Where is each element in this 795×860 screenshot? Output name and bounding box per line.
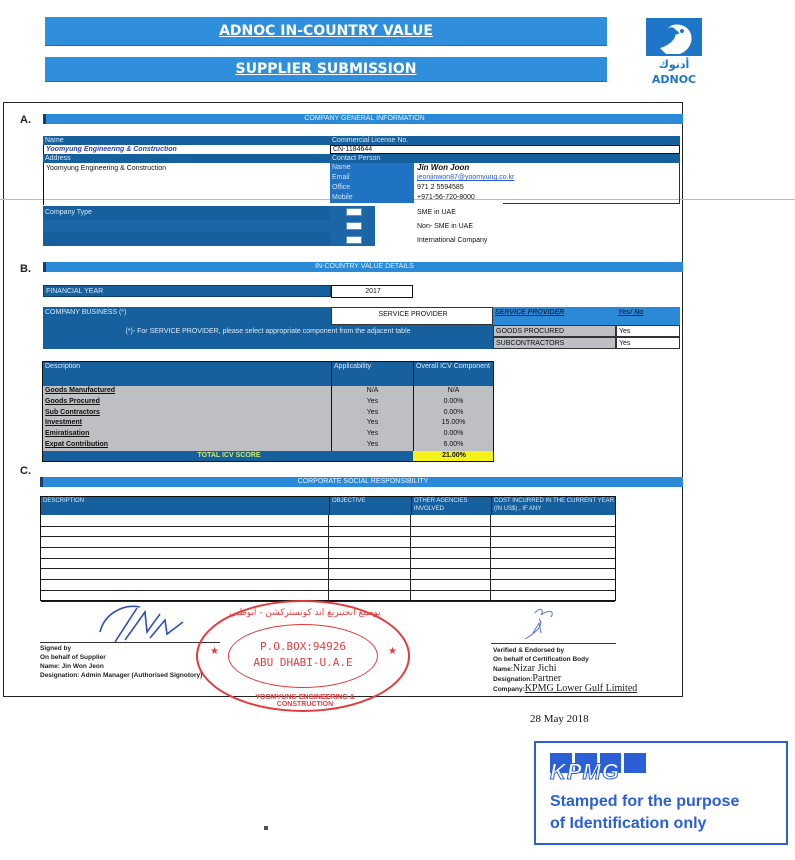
csr-cell-description[interactable] (41, 536, 329, 547)
stamp-star-right-icon: ★ (388, 646, 397, 657)
csr-cell-description[interactable] (41, 515, 329, 526)
service-provider-note: (*)- For SERVICE PROVIDER, please select… (43, 325, 493, 349)
csr-cell-objective[interactable] (329, 579, 411, 590)
certifier-name-label: Name: (493, 666, 513, 673)
csr-cell-cost[interactable] (491, 515, 615, 526)
icv-row-description: Goods Manufactured (43, 386, 331, 397)
supplier-line-2: On behalf of Supplier (40, 653, 202, 662)
contact-mobile-label: Mobile (330, 193, 414, 203)
csr-cell-objective[interactable] (329, 558, 411, 569)
csr-header-description: DESCRIPTION (41, 497, 329, 515)
icv-row-description: Expat Contribution (43, 440, 331, 451)
section-b-title: IN-COUNTRY VALUE DETAILS (43, 262, 683, 272)
title-banner: ADNOC IN-COUNTRY VALUE (45, 17, 607, 45)
csr-cell-objective[interactable] (329, 569, 411, 580)
supplier-signed-by: Signed by On behalf of Supplier Name: Ji… (40, 644, 202, 680)
icv-row-description: Emiratisation (43, 429, 331, 440)
kpmg-stamp-line-2: of Identification only (550, 815, 706, 833)
csr-cell-objective[interactable] (329, 526, 411, 537)
icv-row-applicability[interactable]: Yes (331, 418, 413, 429)
supplier-signature-line (40, 642, 220, 643)
csr-header-objective: OBJECTIVE (329, 497, 411, 515)
csr-cell-agencies[interactable] (411, 536, 491, 547)
csr-cell-description[interactable] (41, 579, 329, 590)
icv-header-component: Overall ICV Component (413, 362, 493, 386)
adnoc-logo: أدنوك ADNOC (646, 18, 702, 88)
icv-total-value: 21.00% (413, 451, 493, 461)
contact-name-label: Name (330, 163, 414, 173)
license-label: Commercial License No. (330, 136, 680, 145)
icv-row-component: 0.00% (413, 408, 493, 419)
csr-header-cost: COST INCURRED IN THE CURRENT YEAR (IN US… (491, 497, 615, 515)
csr-cell-objective[interactable] (329, 590, 411, 601)
company-info-block: Name Commercial License No. Yoomyung Eng… (43, 136, 680, 249)
section-a-letter: A. (20, 114, 31, 126)
stamp-arabic-text: يومينغ انجنيرنغ اند كونستركشن - ابوظبي (228, 608, 382, 618)
csr-cell-agencies[interactable] (411, 590, 491, 601)
csr-cell-cost[interactable] (491, 526, 615, 537)
license-value[interactable]: CN-1184644 (330, 145, 680, 154)
section-a-title: COMPANY GENERAL INFORMATION (43, 114, 683, 124)
csr-cell-description[interactable] (41, 526, 329, 537)
supplier-designation: Designation: Admin Manager (Authorised S… (40, 671, 202, 680)
csr-cell-objective[interactable] (329, 536, 411, 547)
csr-cell-agencies[interactable] (411, 547, 491, 558)
csr-cell-objective[interactable] (329, 547, 411, 558)
adnoc-falcon-logo-icon (646, 18, 702, 56)
address-label: Address (43, 154, 330, 163)
csr-cell-cost[interactable] (491, 579, 615, 590)
section-c-letter: C. (20, 465, 31, 477)
icv-header-applicability: Applicability (331, 362, 413, 386)
icv-row-component: 15.00% (413, 418, 493, 429)
checkbox-sme-uae[interactable] (346, 208, 362, 216)
company-type-label: Company Type (43, 206, 330, 246)
financial-year-label: FINANCIAL YEAR (43, 285, 331, 297)
csr-cell-cost[interactable] (491, 569, 615, 580)
csr-cell-cost[interactable] (491, 547, 615, 558)
csr-cell-cost[interactable] (491, 558, 615, 569)
checkbox-international[interactable] (346, 236, 362, 244)
icv-row-applicability[interactable]: Yes (331, 440, 413, 451)
financial-year-value[interactable]: 2017 (331, 285, 413, 298)
kpmg-identification-stamp: KPMG Stamped for the purpose of Identifi… (534, 741, 788, 845)
certifier-signature-line (491, 643, 616, 644)
contact-mobile-value[interactable]: +971-56-720-8000 (415, 193, 680, 203)
csr-cell-agencies[interactable] (411, 515, 491, 526)
icv-row-description: Investment (43, 418, 331, 429)
csr-cell-agencies[interactable] (411, 579, 491, 590)
icv-row-applicability[interactable]: Yes (331, 429, 413, 440)
supplier-line-1: Signed by (40, 644, 202, 653)
address-value[interactable]: Yoomyung Engineering & Construction (43, 163, 330, 205)
icv-header-description: Description (43, 362, 331, 386)
company-type-non-sme: Non- SME in UAE (415, 222, 473, 232)
yes-no-header: Yes/ No (616, 307, 680, 325)
service-value-subcontractors[interactable]: Yes (616, 337, 680, 349)
contact-name-value[interactable]: Jin Won Joon (415, 163, 680, 173)
icv-row-description: Goods Procured (43, 397, 331, 408)
company-stamp: يومينغ انجنيرنغ اند كونستركشن - ابوظبي P… (196, 600, 410, 712)
kpmg-stamp-line-1: Stamped for the purpose (550, 793, 739, 811)
stamp-star-left-icon: ★ (210, 646, 219, 657)
contact-office-value[interactable]: 971 2 5594585 (415, 183, 680, 193)
name-label: Name (43, 136, 330, 145)
service-provider-header: SERVICE PROVIDER (493, 307, 616, 325)
certifier-company-label: Company: (493, 686, 525, 693)
contact-person-label: Contact Person (330, 154, 680, 163)
csr-cell-description[interactable] (41, 590, 329, 601)
contact-office-label: Office (330, 183, 414, 193)
service-value-goods[interactable]: Yes (616, 325, 680, 337)
csr-cell-description[interactable] (41, 547, 329, 558)
certifier-signature-icon (505, 603, 565, 643)
adnoc-logo-text: ADNOC (646, 73, 702, 86)
certifier-name: Name:Nizar Jichi (493, 664, 663, 674)
icv-table: Description Applicability Overall ICV Co… (42, 361, 494, 462)
icv-row-description: Sub Contractors (43, 408, 331, 419)
company-business-label: COMPANY BUSINESS (*) (43, 307, 331, 325)
icv-row-applicability[interactable]: Yes (331, 397, 413, 408)
icv-row-applicability[interactable]: Yes (331, 408, 413, 419)
service-component-goods: GOODS PROCURED (493, 325, 616, 337)
scan-speck (264, 826, 268, 830)
icv-row-component: 6.00% (413, 440, 493, 451)
company-type-sme: SME in UAE (415, 208, 456, 218)
supplier-name: Name: Jin Won Jeon (40, 662, 202, 671)
csr-table: DESCRIPTION OBJECTIVE OTHER AGENCIES INV… (40, 496, 616, 601)
service-provider-table: SERVICE PROVIDER Yes/ No GOODS PROCURED … (493, 307, 680, 351)
stamp-pobox: P.O.BOX:94926 (198, 640, 408, 653)
certifier-block: Verified & Endorsed by On behalf of Cert… (493, 646, 663, 694)
csr-cell-objective[interactable] (329, 515, 411, 526)
stamp-date: 28 May 2018 (530, 713, 589, 725)
section-c-title: CORPORATE SOCIAL RESPONSIBILITY (40, 477, 683, 487)
section-b-letter: B. (20, 263, 31, 275)
company-type-international: International Company (415, 236, 487, 246)
contact-email-label: Email (330, 173, 414, 183)
certifier-line-1: Verified & Endorsed by (493, 646, 663, 655)
contact-divider (503, 203, 680, 204)
csr-cell-agencies[interactable] (411, 558, 491, 569)
contact-right-border (679, 163, 680, 203)
csr-cell-agencies[interactable] (411, 526, 491, 537)
adnoc-logo-arabic: أدنوك (646, 58, 702, 71)
certifier-company-value: KPMG Lower Gulf Limited (525, 683, 638, 694)
csr-header-agencies: OTHER AGENCIES INVOLVED (411, 497, 491, 515)
checkbox-non-sme-uae[interactable] (346, 222, 362, 230)
csr-cell-description[interactable] (41, 558, 329, 569)
kpmg-logo: KPMG (550, 759, 620, 785)
icv-row-component: 0.00% (413, 429, 493, 440)
csr-cell-cost[interactable] (491, 590, 615, 601)
service-component-subcontractors: SUBCONTRACTORS (493, 337, 616, 349)
company-business-value[interactable]: SERVICE PROVIDER (331, 307, 493, 325)
csr-cell-agencies[interactable] (411, 569, 491, 580)
supplier-signature-icon (95, 602, 195, 644)
icv-row-component: N/A (413, 386, 493, 397)
stamp-bottom-text: YOOMYUNG ENGINEERING & CONSTRUCTION (228, 694, 382, 708)
name-value[interactable]: Yoomyung Engineering & Construction (43, 145, 330, 154)
contact-email-value[interactable]: jeonjinwon87@yoomyung.co.kr (415, 173, 680, 183)
csr-table-row[interactable] (41, 590, 615, 602)
icv-row-component: 0.00% (413, 397, 493, 408)
icv-total-label: TOTAL ICV SCORE (43, 451, 413, 461)
icv-row-applicability[interactable]: N/A (331, 386, 413, 397)
certifier-designation-label: Designation: (493, 676, 532, 683)
csr-cell-description[interactable] (41, 569, 329, 580)
certifier-company: Company:KPMG Lower Gulf Limited (493, 684, 663, 694)
stamp-city: ABU DHABI-U.A.E (198, 656, 408, 669)
subtitle-banner: SUPPLIER SUBMISSION (45, 57, 607, 81)
csr-cell-cost[interactable] (491, 536, 615, 547)
